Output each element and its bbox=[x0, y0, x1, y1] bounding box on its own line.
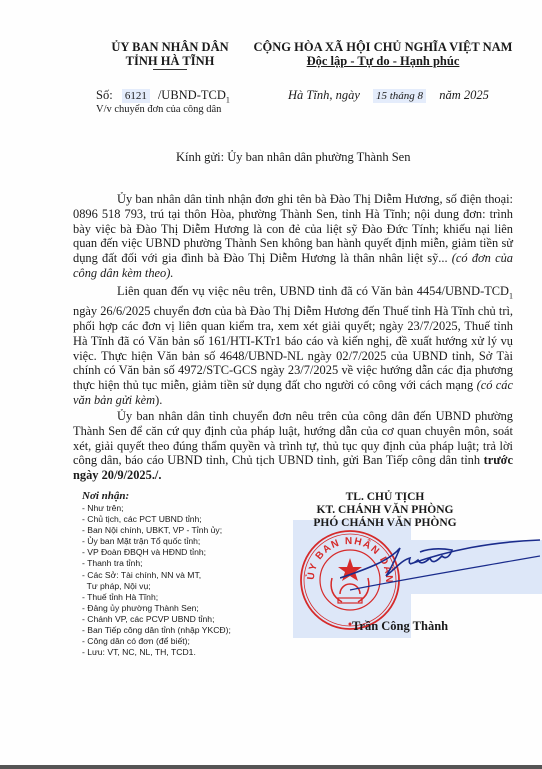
national-header: CỘNG HÒA XÃ HỘI CHỦ NGHĨA VIỆT NAM Độc l… bbox=[252, 40, 514, 68]
p3-text: Ủy ban nhân dân tỉnh chuyển đơn nêu trên… bbox=[73, 409, 513, 467]
agency-underline bbox=[153, 69, 187, 70]
signer-name: Trần Công Thành bbox=[352, 619, 448, 634]
recipient-item: - Công dân có đơn (để biết); bbox=[82, 636, 282, 647]
recipients-list: Nơi nhận: - Như trên;- Chủ tịch, các PCT… bbox=[82, 490, 282, 658]
document-number: Số: 6121/UBND-TCD1 bbox=[96, 88, 230, 105]
recipient-item: - Thanh tra tỉnh; bbox=[82, 558, 282, 569]
recipient-item: - Ban Nội chính, UBKT, VP - Tỉnh ủy; bbox=[82, 525, 282, 536]
recipient-item: - VP Đoàn ĐBQH và HĐND tỉnh; bbox=[82, 547, 282, 558]
date-day-month-field[interactable]: 15 tháng 8 bbox=[373, 89, 426, 103]
number-suffix: /UBND-TCD bbox=[158, 88, 226, 102]
recipients-items: - Như trên;- Chủ tịch, các PCT UBND tỉnh… bbox=[82, 503, 282, 658]
recipient-item: - Chánh VP, các PCVP UBND tỉnh; bbox=[82, 614, 282, 625]
p1-text: Ủy ban nhân dân tỉnh nhận đơn ghi tên bà… bbox=[73, 192, 513, 265]
p2-text-a: Liên quan đến vụ việc nêu trên, UBND tỉn… bbox=[117, 284, 509, 298]
agency-line1: ỦY BAN NHÂN DÂN bbox=[100, 40, 240, 54]
country-name: CỘNG HÒA XÃ HỘI CHỦ NGHĨA VIỆT NAM bbox=[252, 40, 514, 54]
number-prefix: Số: bbox=[96, 88, 113, 102]
recipient-item: - Các Sở: Tài chính, NN và MT, bbox=[82, 570, 282, 581]
body-paragraph-2: Liên quan đến vụ việc nêu trên, UBND tỉn… bbox=[73, 284, 513, 408]
sign-line2: KT. CHÁNH VĂN PHÒNG bbox=[300, 504, 470, 517]
recipient-item: - Lưu: VT, NC, NL, TH, TCD1. bbox=[82, 647, 282, 658]
signature-block: TL. CHỦ TỊCH KT. CHÁNH VĂN PHÒNG PHÓ CHÁ… bbox=[300, 491, 470, 530]
recipient-item: - Chủ tịch, các PCT UBND tỉnh; bbox=[82, 514, 282, 525]
document-subject: V/v chuyển đơn của công dân bbox=[96, 104, 221, 115]
number-field[interactable]: 6121 bbox=[122, 89, 150, 103]
issuing-agency: ỦY BAN NHÂN DÂN TỈNH HÀ TĨNH bbox=[100, 40, 240, 70]
recipient-item: - Đảng ủy phường Thành Sen; bbox=[82, 603, 282, 614]
national-motto: Độc lập - Tự do - Hạnh phúc bbox=[252, 54, 514, 68]
recipient-line: Kính gửi: Ủy ban nhân dân phường Thành S… bbox=[176, 150, 411, 165]
handwritten-signature-icon bbox=[340, 530, 540, 600]
recipient-item: Tư pháp, Nội vụ; bbox=[82, 581, 282, 592]
p2-text-b: ngày 26/6/2025 chuyển đơn của bà Đào Thị… bbox=[73, 304, 513, 392]
recipient-item: - Thuế tỉnh Hà Tĩnh; bbox=[82, 592, 282, 603]
date-year: năm 2025 bbox=[439, 88, 489, 102]
document-page: ỦY BAN NHÂN DÂN TỈNH HÀ TĨNH CỘNG HÒA XÃ… bbox=[0, 0, 542, 765]
date-place: Hà Tĩnh, ngày bbox=[288, 88, 360, 102]
recipient-item: - Ủy ban Mặt trận Tổ quốc tỉnh; bbox=[82, 536, 282, 547]
sign-line1: TL. CHỦ TỊCH bbox=[300, 491, 470, 504]
issue-date: Hà Tĩnh, ngày 15 tháng 8 năm 2025 bbox=[288, 88, 489, 103]
page-bottom-border bbox=[0, 765, 542, 769]
recipient-item: - Ban Tiếp công dân tỉnh (nhập YKCĐ); bbox=[82, 625, 282, 636]
recipients-title: Nơi nhận: bbox=[82, 490, 282, 503]
body-paragraph-1: Ủy ban nhân dân tỉnh nhận đơn ghi tên bà… bbox=[73, 192, 513, 281]
recipient-item: - Như trên; bbox=[82, 503, 282, 514]
number-suffix-sub: 1 bbox=[226, 96, 230, 105]
body-paragraph-3: Ủy ban nhân dân tỉnh chuyển đơn nêu trên… bbox=[73, 409, 513, 483]
p2-sub: 1 bbox=[509, 291, 513, 300]
agency-line2: TỈNH HÀ TĨNH bbox=[100, 54, 240, 68]
p2-end: ). bbox=[155, 393, 162, 407]
